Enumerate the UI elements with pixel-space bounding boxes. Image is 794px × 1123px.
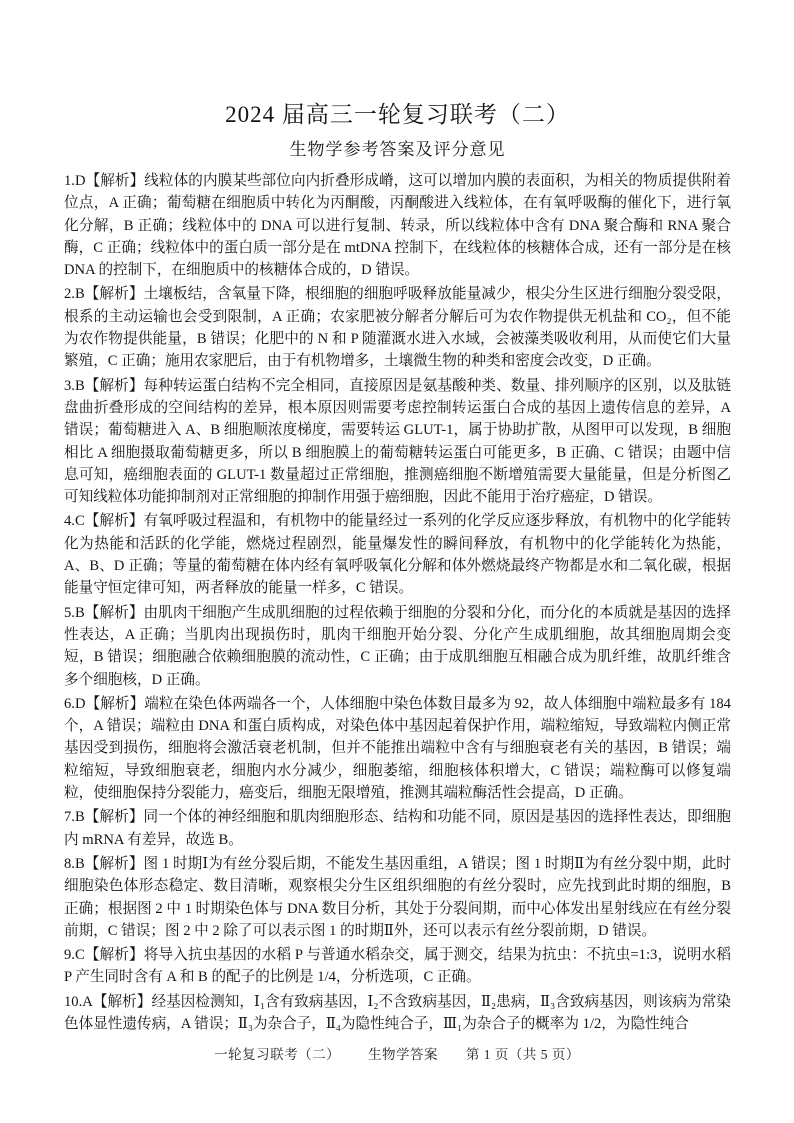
answer-explanation: 将导入抗虫基因的水稻 P 与普通水稻杂交，属于测交，结果为抗虫：不抗虫=1:3，… xyxy=(64,947,731,985)
page-subtitle: 生物学参考答案及评分意见 xyxy=(64,138,731,162)
answer-explanation: 图 1 时期Ⅰ为有丝分裂后期，不能发生基因重组，A 错误；图 1 时期Ⅱ为有丝分… xyxy=(64,856,731,939)
answer-item-7: 7.B【解析】同一个体的神经细胞和肌肉细胞形态、结构和功能不同，原因是基因的选择… xyxy=(64,806,731,851)
analysis-label: 【解析】 xyxy=(85,947,144,963)
answer-number: 2. xyxy=(64,286,75,302)
analysis-label: 【解析】 xyxy=(93,994,152,1010)
answer-letter: D xyxy=(75,696,86,712)
analysis-label: 【解析】 xyxy=(85,856,144,872)
answer-letter: C xyxy=(75,947,85,963)
answer-letter: B xyxy=(75,378,85,394)
answer-letter: B xyxy=(75,605,85,621)
answer-explanation: 同一个体的神经细胞和肌肉细胞形态、结构和功能不同，原因是基因的选择性表达，即细胞… xyxy=(64,809,731,847)
answer-letter: B xyxy=(75,286,85,302)
answer-explanation: 线粒体的内膜某些部位向内折叠形成嵴，这可以增加内膜的表面积，为相关的物质提供附着… xyxy=(64,173,731,278)
document-page: 2024 届高三一轮复习联考（二） 生物学参考答案及评分意见 1.D【解析】线粒… xyxy=(0,0,794,1123)
answer-number: 3. xyxy=(64,378,75,394)
answer-number: 5. xyxy=(64,605,75,621)
answer-explanation: 经基因检测知，Ⅰ₁含有致病基因，Ⅰ₂不含致病基因，Ⅱ₂患病，Ⅱ₃含致病基因，则该… xyxy=(64,994,731,1032)
analysis-label: 【解析】 xyxy=(85,513,144,529)
answer-item-8: 8.B【解析】图 1 时期Ⅰ为有丝分裂后期，不能发生基因重组，A 错误；图 1 … xyxy=(64,853,731,942)
answer-number: 1. xyxy=(64,173,75,189)
answer-item-1: 1.D【解析】线粒体的内膜某些部位向内折叠形成嵴，这可以增加内膜的表面积，为相关… xyxy=(64,170,731,281)
analysis-label: 【解析】 xyxy=(85,378,144,394)
analysis-label: 【解析】 xyxy=(86,696,145,712)
footer-exam-name: 一轮复习联考（二） xyxy=(214,1043,340,1063)
answer-explanation: 每种转运蛋白结构不完全相同，直接原因是氨基酸种类、数量、排列顺序的区别，以及肽链… xyxy=(64,378,731,505)
answer-explanation: 由肌肉干细胞产生成肌细胞的过程依赖于细胞的分裂和分化，而分化的本质就是基因的选择… xyxy=(64,605,731,688)
answer-explanation: 端粒在染色体两端各一个，人体细胞中染色体数目最多为 92，故人体细胞中端粒最多有… xyxy=(64,696,731,801)
footer-subject: 生物学答案 xyxy=(368,1043,438,1063)
answer-item-3: 3.B【解析】每种转运蛋白结构不完全相同，直接原因是氨基酸种类、数量、排列顺序的… xyxy=(64,375,731,509)
answer-item-9: 9.C【解析】将导入抗虫基因的水稻 P 与普通水稻杂交，属于测交，结果为抗虫：不… xyxy=(64,944,731,989)
answer-number: 6. xyxy=(64,696,75,712)
answer-letter: D xyxy=(75,173,86,189)
answers-section: 1.D【解析】线粒体的内膜某些部位向内折叠形成嵴，这可以增加内膜的表面积，为相关… xyxy=(64,170,731,1035)
answer-number: 7. xyxy=(64,809,75,825)
answer-number: 4. xyxy=(64,513,75,529)
answer-item-2: 2.B【解析】土壤板结，含氧量下降，根细胞的细胞呼吸释放能量减少，根尖分生区进行… xyxy=(64,283,731,372)
analysis-label: 【解析】 xyxy=(86,173,145,189)
answer-item-4: 4.C【解析】有氧呼吸过程温和，有机物中的能量经过一系列的化学反应逐步释放，有机… xyxy=(64,510,731,599)
analysis-label: 【解析】 xyxy=(85,605,144,621)
answer-item-6: 6.D【解析】端粒在染色体两端各一个，人体细胞中染色体数目最多为 92，故人体细… xyxy=(64,693,731,804)
page-title: 2024 届高三一轮复习联考（二） xyxy=(64,100,731,130)
answer-explanation: 土壤板结，含氧量下降，根细胞的细胞呼吸释放能量减少，根尖分生区进行细胞分裂受限，… xyxy=(64,286,731,369)
answer-number: 9. xyxy=(64,947,75,963)
answer-letter: B xyxy=(75,809,85,825)
answer-letter: A xyxy=(82,994,93,1010)
footer-page-number: 第 1 页（共 5 页） xyxy=(466,1043,580,1063)
answer-item-5: 5.B【解析】由肌肉干细胞产生成肌细胞的过程依赖于细胞的分裂和分化，而分化的本质… xyxy=(64,602,731,691)
analysis-label: 【解析】 xyxy=(85,809,144,825)
analysis-label: 【解析】 xyxy=(85,286,144,302)
answer-item-10: 10.A【解析】经基因检测知，Ⅰ₁含有致病基因，Ⅰ₂不含致病基因，Ⅱ₂患病，Ⅱ₃… xyxy=(64,991,731,1036)
answer-explanation: 有氧呼吸过程温和，有机物中的能量经过一系列的化学反应逐步释放，有机物中的化学能转… xyxy=(64,513,731,596)
answer-number: 10. xyxy=(64,994,82,1010)
answer-number: 8. xyxy=(64,856,75,872)
answer-letter: C xyxy=(75,513,85,529)
answer-letter: B xyxy=(75,856,85,872)
page-footer: 一轮复习联考（二） 生物学答案 第 1 页（共 5 页） xyxy=(0,1043,794,1063)
